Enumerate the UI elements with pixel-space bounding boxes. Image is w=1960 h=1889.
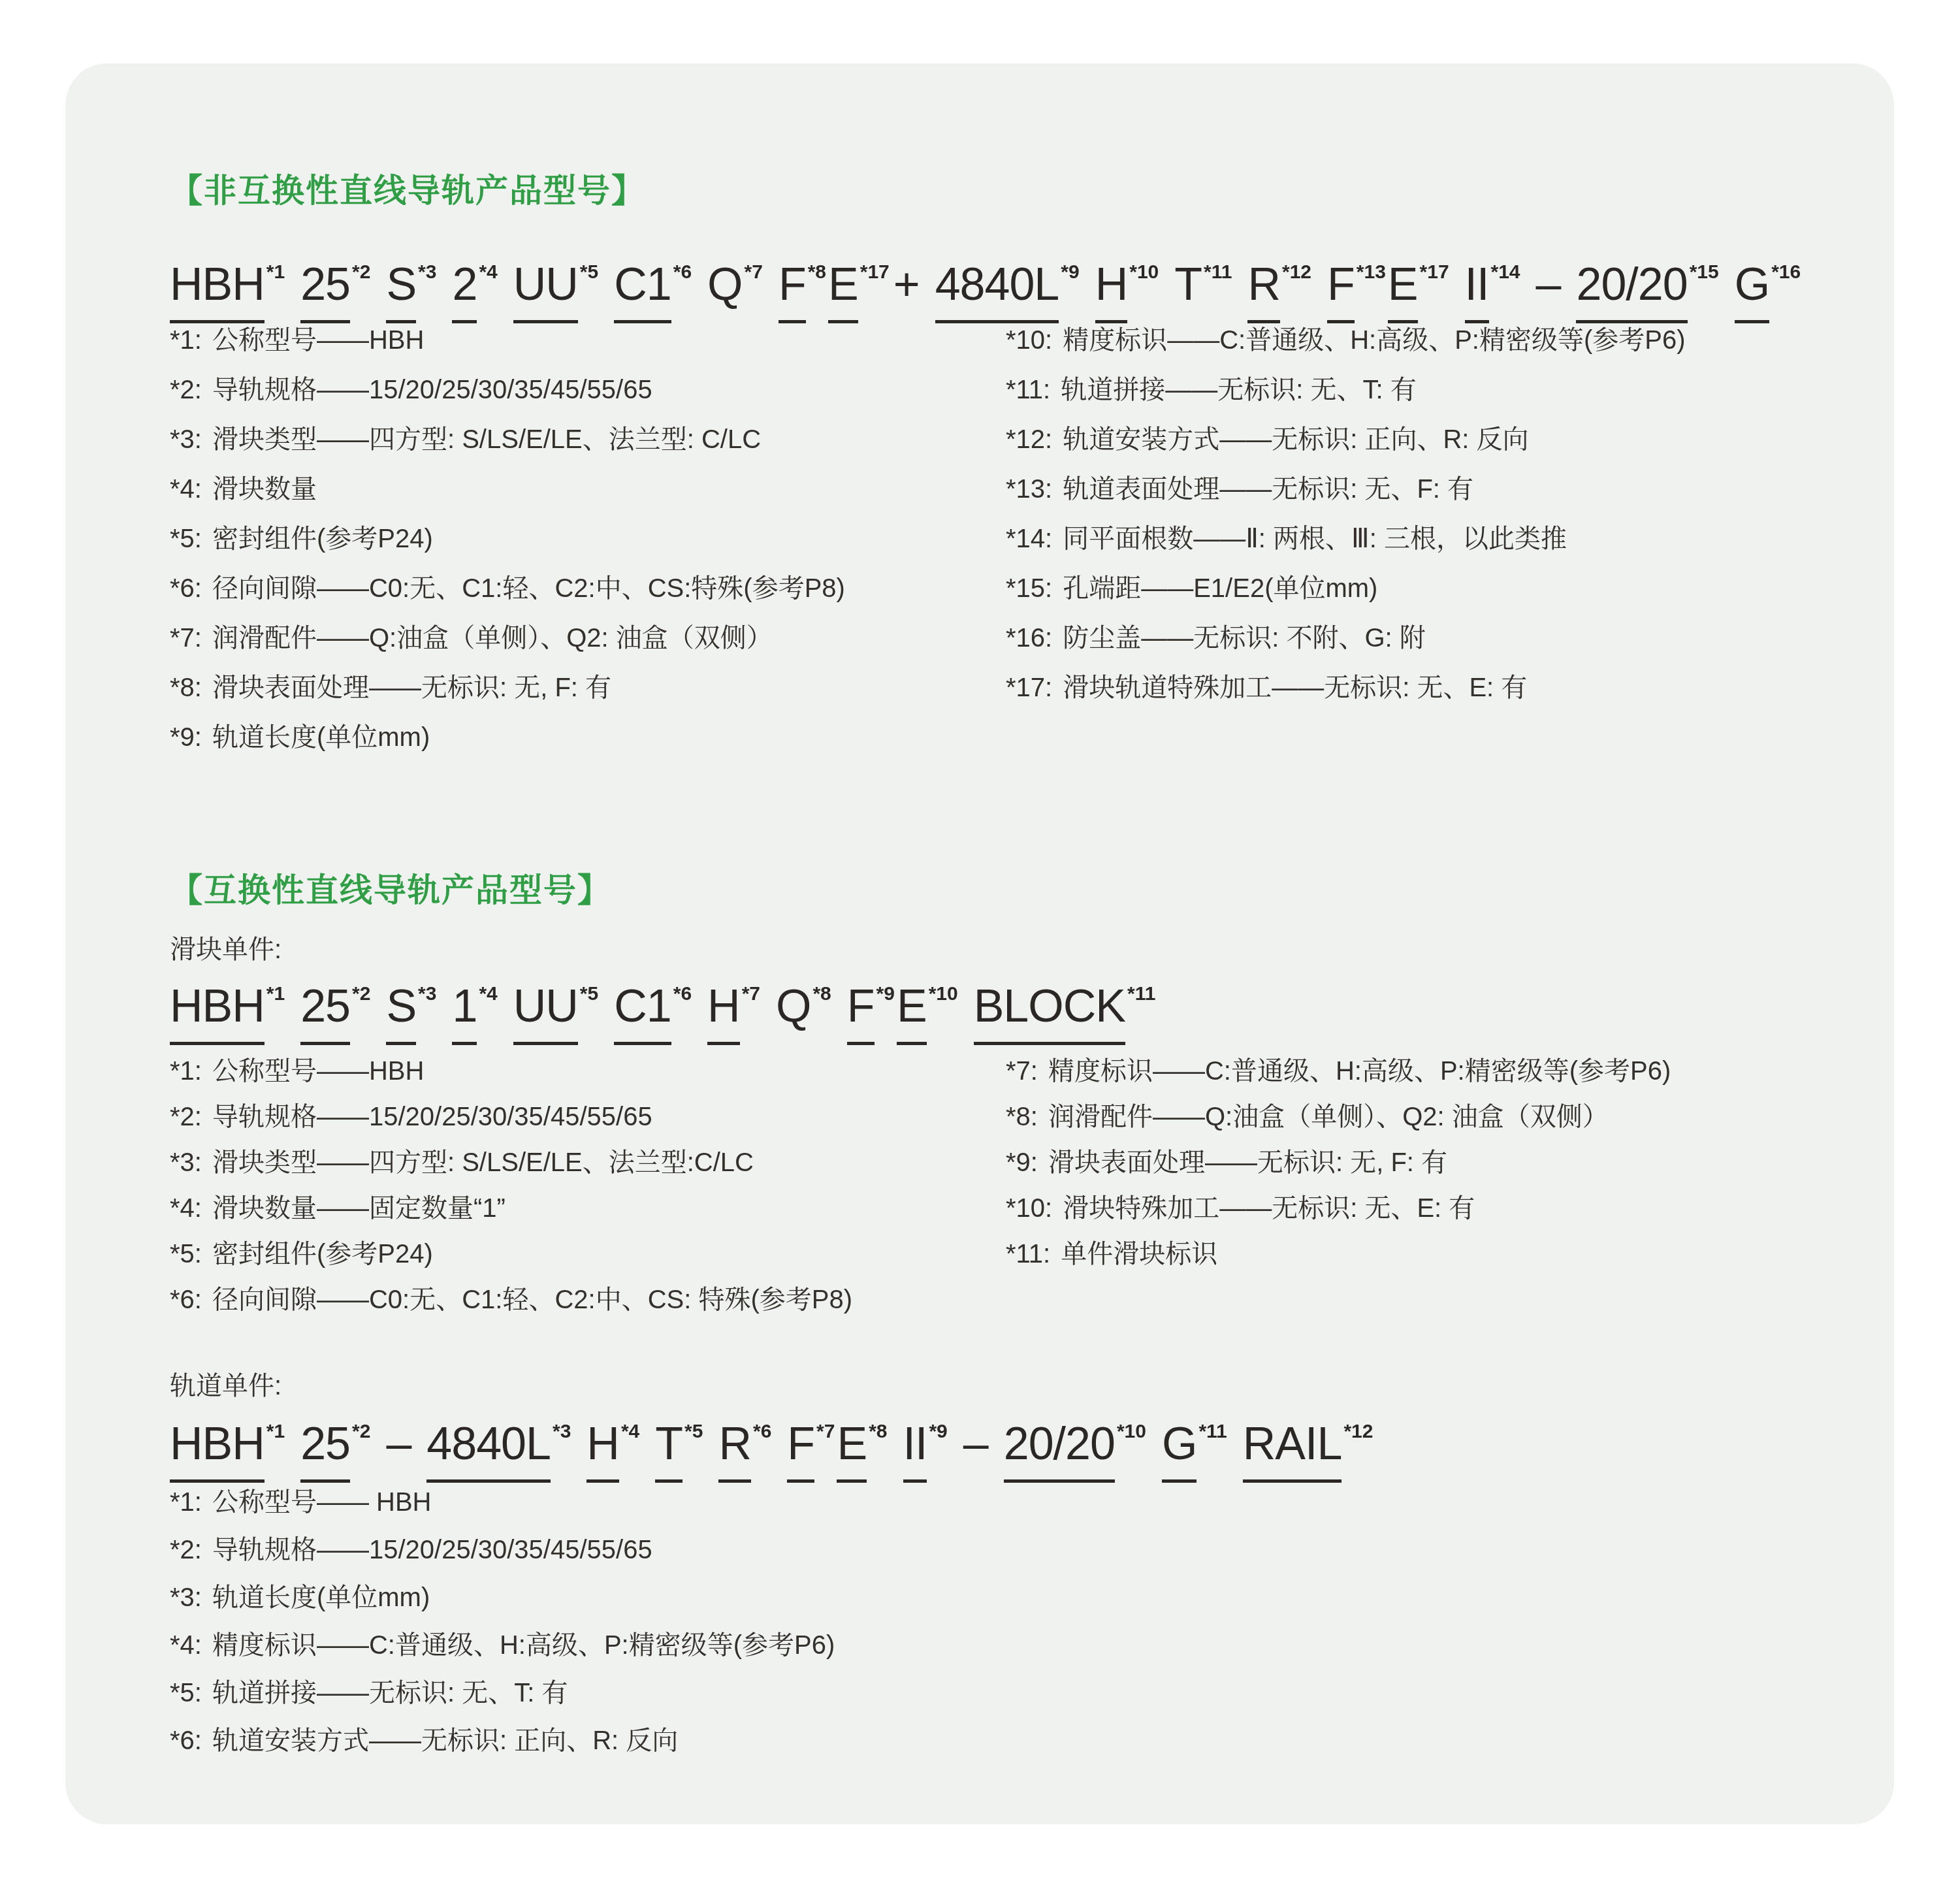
note-item: *10:精度标识——C:普通级、H:高级、P:精密级等(参考P6): [1006, 327, 1790, 354]
model-token-superscript: *1: [266, 1421, 285, 1442]
model-token-text: II: [903, 1418, 927, 1483]
model-token-text: HBH: [170, 259, 265, 323]
catalog-card: 【非互换性直线导轨产品型号】 HBH*125*2S*32*4UU*5C1*6Q*…: [65, 63, 1894, 1824]
model-token-superscript: *13: [1357, 261, 1386, 283]
note-item: *13:轨道表面处理——无标识: 无、F: 有: [1006, 476, 1790, 503]
model-token-superscript: *12: [1282, 261, 1311, 283]
note-number: *5:: [170, 1240, 202, 1268]
model-token-text: –: [1536, 259, 1561, 320]
model-token-superscript: *10: [1117, 1421, 1146, 1442]
note-item: *5:密封组件(参考P24): [170, 1240, 1006, 1268]
note-item: *5:轨道拼接——无标识: 无、T: 有: [170, 1679, 1006, 1707]
note-text: 导轨规格——15/20/25/30/35/45/55/65: [212, 376, 652, 404]
model-token-superscript: *5: [580, 983, 598, 1005]
model-token: H*4: [586, 1418, 639, 1469]
model-token-text: F: [779, 259, 806, 323]
note-item: *1:公称型号——HBH: [170, 327, 1006, 354]
section-interchangeable-title: 【互换性直线导轨产品型号】: [170, 873, 1790, 909]
note-number: *4:: [170, 1194, 202, 1223]
note-item: *15:孔端距——E1/E2(单位mm): [1006, 575, 1790, 602]
model-token-superscript: *11: [1198, 1421, 1227, 1442]
model-token: 1*4: [452, 980, 497, 1031]
model-token: F*13: [1327, 259, 1386, 310]
note-text: 密封组件(参考P24): [212, 525, 433, 553]
model-token-superscript: *11: [1127, 983, 1155, 1005]
model-token-text: Q: [707, 259, 742, 320]
note-number: *10:: [1006, 1194, 1052, 1223]
note-text: 单件滑块标识: [1061, 1240, 1217, 1268]
note-text: 滑块数量: [212, 475, 317, 504]
model-token-superscript: *3: [418, 261, 436, 283]
note-item: *8:润滑配件——Q:油盒（单侧）、Q2: 油盒（双侧）: [1006, 1103, 1790, 1131]
model-token-text: C1: [614, 980, 671, 1045]
model-token-text: BLOCK: [974, 980, 1125, 1045]
note-text: 轨道长度(单位mm): [212, 1583, 430, 1612]
note-number: *2:: [170, 376, 202, 404]
model-token: F*8: [779, 259, 826, 310]
model-token-text: F: [1327, 259, 1355, 323]
note-item: *10:滑块特殊加工——无标识: 无、E: 有: [1006, 1195, 1790, 1222]
note-number: *5:: [170, 525, 202, 553]
note-number: *2:: [170, 1536, 202, 1564]
model-token-superscript: *10: [1129, 261, 1159, 283]
model-token: UU*5: [513, 980, 598, 1031]
note-item: *5:密封组件(参考P24): [170, 525, 1006, 553]
note-item: *9:滑块表面处理——无标识: 无, F: 有: [1006, 1149, 1790, 1176]
model-token-text: 20/20: [1576, 259, 1687, 323]
model-token-text: –: [386, 1418, 411, 1479]
model-token-text: HBH: [170, 980, 265, 1045]
model-token-text: E: [1388, 259, 1418, 323]
model-token-superscript: *4: [621, 1421, 639, 1442]
note-number: *11:: [1006, 1240, 1050, 1268]
note-number: *7:: [1006, 1057, 1038, 1086]
note-number: *13:: [1006, 475, 1052, 504]
note-text: 轨道安装方式——无标识: 正向、R: 反向: [212, 1726, 678, 1755]
model-token-text: H: [707, 980, 740, 1045]
block-unit-label: 滑块单件:: [170, 936, 1790, 963]
note-number: *3:: [170, 425, 202, 454]
note-number: *1:: [170, 1057, 202, 1086]
note-number: *9:: [170, 723, 202, 752]
model-token: –: [963, 1418, 988, 1469]
model-token-text: II: [1465, 259, 1489, 323]
note-item: *8:滑块表面处理——无标识: 无, F: 有: [170, 674, 1006, 702]
model-token-text: 20/20: [1004, 1418, 1115, 1483]
notes-column-right: *7:精度标识——C:普通级、H:高级、P:精密级等(参考P6)*8:润滑配件—…: [1006, 1058, 1790, 1332]
model-token-text: E: [837, 1418, 867, 1483]
note-text: 轨道表面处理——无标识: 无、F: 有: [1063, 475, 1473, 504]
model-token-text: R: [718, 1418, 751, 1483]
note-number: *9:: [1006, 1148, 1038, 1177]
model-token-text: G: [1735, 259, 1769, 323]
model-token-superscript: *8: [812, 983, 831, 1005]
model-token: 25*2: [300, 1418, 370, 1469]
model-token: Q*7: [707, 259, 763, 310]
note-item: *6:轨道安装方式——无标识: 正向、R: 反向: [170, 1727, 1006, 1754]
note-number: *11:: [1006, 376, 1050, 404]
note-item: *1:公称型号——HBH: [170, 1058, 1006, 1085]
model-token-text: 25: [300, 980, 350, 1045]
note-text: 公称型号——HBH: [212, 1057, 424, 1086]
note-item: *16:防尘盖——无标识: 不附、G: 附: [1006, 624, 1790, 652]
model-token: E*17+: [828, 259, 920, 310]
model-token-superscript: *3: [553, 1421, 571, 1442]
note-text: 径向间隙——C0:无、C1:轻、C2:中、CS: 特殊(参考P8): [212, 1285, 852, 1314]
note-number: *10:: [1006, 326, 1052, 355]
model-token: H*10: [1095, 259, 1159, 310]
model-token-text: 25: [300, 1418, 350, 1483]
note-text: 滑块数量——固定数量“1”: [212, 1194, 506, 1223]
model-token-superscript: *2: [352, 1421, 370, 1442]
model-token-superscript: *7: [816, 1421, 835, 1442]
model-token: E*10: [897, 980, 958, 1031]
note-item: *11:单件滑块标识: [1006, 1240, 1790, 1268]
model-token: F*7: [787, 1418, 835, 1469]
note-number: *4:: [170, 1631, 202, 1660]
note-text: 孔端距——E1/E2(单位mm): [1063, 574, 1377, 603]
model-token-text: R: [1247, 259, 1280, 323]
notes-noninterchangeable: *1:公称型号——HBH*2:导轨规格——15/20/25/30/35/45/5…: [170, 327, 1790, 773]
notes-block-unit: *1:公称型号——HBH*2:导轨规格——15/20/25/30/35/45/5…: [170, 1058, 1790, 1332]
model-token-text: Q: [776, 980, 811, 1042]
rail-unit-label: 轨道单件:: [170, 1372, 1790, 1400]
notes-column-left: *1:公称型号——HBH*2:导轨规格——15/20/25/30/35/45/5…: [170, 1058, 1006, 1332]
note-text: 轨道安装方式——无标识: 正向、R: 反向: [1063, 425, 1528, 454]
note-text: 导轨规格——15/20/25/30/35/45/55/65: [212, 1103, 652, 1131]
note-text: 轨道拼接——无标识: 无、T: 有: [212, 1679, 568, 1707]
model-token-text: H: [586, 1418, 619, 1483]
note-text: 同平面根数——Ⅱ: 两根、Ⅲ: 三根，以此类推: [1063, 525, 1567, 553]
note-item: *3:轨道长度(单位mm): [170, 1584, 1006, 1611]
model-token-text: S: [386, 980, 416, 1045]
note-text: 滑块类型——四方型: S/LS/E/LE、法兰型:C/LC: [212, 1148, 754, 1177]
note-item: *6:径向间隙——C0:无、C1:轻、C2:中、CS:特殊(参考P8): [170, 575, 1006, 602]
note-text: 滑块表面处理——无标识: 无, F: 有: [212, 673, 611, 702]
model-token: HBH*1: [170, 980, 285, 1031]
section-noninterchangeable: 【非互换性直线导轨产品型号】 HBH*125*2S*32*4UU*5C1*6Q*…: [170, 173, 1790, 773]
model-token-text: H: [1095, 259, 1128, 323]
note-item: *14:同平面根数——Ⅱ: 两根、Ⅲ: 三根，以此类推: [1006, 525, 1790, 553]
note-item: *17:滑块轨道特殊加工——无标识: 无、E: 有: [1006, 674, 1790, 702]
note-item: *4:精度标识——C:普通级、H:高级、P:精密级等(参考P6): [170, 1632, 1006, 1659]
note-number: *3:: [170, 1583, 202, 1612]
model-token: BLOCK*11: [974, 980, 1156, 1031]
note-text: 导轨规格——15/20/25/30/35/45/55/65: [212, 1536, 652, 1564]
model-token: C1*6: [614, 980, 692, 1031]
model-token-superscript: *17: [860, 261, 890, 283]
model-token-text: –: [963, 1418, 988, 1479]
note-item: *12:轨道安装方式——无标识: 正向、R: 反向: [1006, 426, 1790, 453]
model-token: UU*5: [513, 259, 598, 310]
model-token: RAIL*12: [1243, 1418, 1374, 1469]
catalog-page: 【非互换性直线导轨产品型号】 HBH*125*2S*32*4UU*5C1*6Q*…: [0, 0, 1960, 1889]
note-number: *14:: [1006, 525, 1052, 553]
model-token-superscript: *1: [266, 261, 285, 283]
note-item: *2:导轨规格——15/20/25/30/35/45/55/65: [170, 1103, 1006, 1131]
note-item: *7:润滑配件——Q:油盒（单侧）、Q2: 油盒（双侧）: [170, 624, 1006, 652]
model-token-text: UU: [513, 259, 578, 323]
note-item: *2:导轨规格——15/20/25/30/35/45/55/65: [170, 376, 1006, 404]
note-number: *2:: [170, 1103, 202, 1131]
model-token: E*8: [837, 1418, 887, 1469]
note-number: *6:: [170, 574, 202, 603]
model-token-text: E: [897, 980, 927, 1045]
note-text: 精度标识——C:普通级、H:高级、P:精密级等(参考P6): [212, 1631, 835, 1660]
note-number: *6:: [170, 1726, 202, 1755]
model-token: –: [386, 1418, 411, 1469]
model-token-superscript: *6: [673, 983, 692, 1005]
note-number: *7:: [170, 624, 202, 653]
model-token-superscript: *2: [352, 261, 370, 283]
note-number: *8:: [170, 673, 202, 702]
model-token-superscript: *4: [479, 983, 497, 1005]
model-token-superscript: *6: [753, 1421, 771, 1442]
model-token: HBH*1: [170, 259, 285, 310]
note-text: 润滑配件——Q:油盒（单侧）、Q2: 油盒（双侧）: [1048, 1103, 1609, 1131]
model-token-text: HBH: [170, 1418, 265, 1483]
model-token-text: T: [655, 1418, 683, 1483]
note-text: 轨道长度(单位mm): [212, 723, 430, 752]
note-number: *17:: [1006, 673, 1052, 702]
note-item: *4:滑块数量——固定数量“1”: [170, 1195, 1006, 1222]
section-noninterchangeable-title: 【非互换性直线导轨产品型号】: [170, 173, 1790, 209]
note-item: *3:滑块类型——四方型: S/LS/E/LE、法兰型:C/LC: [170, 1149, 1006, 1176]
model-token-text: UU: [513, 980, 578, 1045]
model-token: 25*2: [300, 980, 370, 1031]
model-token-superscript: *16: [1771, 261, 1801, 283]
note-number: *3:: [170, 1148, 202, 1177]
model-token: R*6: [718, 1418, 771, 1469]
model-token-text: T: [1174, 259, 1202, 320]
model-token-text: C1: [614, 259, 671, 323]
model-token: S*3: [386, 980, 436, 1031]
model-code-rail-unit: HBH*125*2–4840L*3H*4T*5R*6F*7E*8II*9–20/…: [170, 1409, 1790, 1466]
note-text: 精度标识——C:普通级、H:高级、P:精密级等(参考P6): [1063, 326, 1685, 355]
model-token-superscript: *8: [808, 261, 826, 283]
note-item: *9:轨道长度(单位mm): [170, 724, 1006, 751]
note-text: 滑块表面处理——无标识: 无, F: 有: [1048, 1148, 1447, 1177]
note-number: *1:: [170, 1488, 202, 1517]
note-text: 滑块轨道特殊加工——无标识: 无、E: 有: [1063, 673, 1527, 702]
note-text: 公称型号——HBH: [212, 326, 424, 355]
notes-column-left: *1:公称型号——HBH*2:导轨规格——15/20/25/30/35/45/5…: [170, 327, 1006, 773]
note-text: 润滑配件——Q:油盒（单侧）、Q2: 油盒（双侧）: [212, 624, 773, 653]
note-item: *1:公称型号—— HBH: [170, 1489, 1006, 1516]
model-token: S*3: [386, 259, 436, 310]
model-token: 4840L*9: [935, 259, 1080, 310]
model-token-suffix: +: [893, 259, 920, 310]
model-token-superscript: *9: [929, 1421, 947, 1442]
note-number: *1:: [170, 326, 202, 355]
model-token: HBH*1: [170, 1418, 285, 1469]
model-token-text: E: [828, 259, 858, 323]
note-number: *16:: [1006, 624, 1052, 653]
note-text: 滑块特殊加工——无标识: 无、E: 有: [1063, 1194, 1475, 1223]
model-token: 25*2: [300, 259, 370, 310]
model-token-superscript: *9: [1061, 261, 1079, 283]
note-text: 防尘盖——无标识: 不附、G: 附: [1063, 624, 1426, 653]
model-token: 20/20*10: [1004, 1418, 1146, 1469]
model-token-text: 4840L: [935, 259, 1059, 323]
model-token: G*11: [1162, 1418, 1227, 1469]
model-token-superscript: *2: [352, 983, 370, 1005]
model-token-superscript: *7: [745, 261, 763, 283]
model-token-superscript: *6: [673, 261, 692, 283]
model-token-superscript: *11: [1204, 261, 1232, 283]
model-token-text: S: [386, 259, 416, 323]
note-item: *11:轨道拼接——无标识: 无、T: 有: [1006, 376, 1790, 404]
model-token-superscript: *5: [684, 1421, 703, 1442]
model-token: 20/20*15: [1576, 259, 1718, 310]
note-number: *8:: [1006, 1103, 1038, 1131]
note-item: *7:精度标识——C:普通级、H:高级、P:精密级等(参考P6): [1006, 1058, 1790, 1085]
model-token-superscript: *1: [266, 983, 285, 1005]
note-number: *6:: [170, 1285, 202, 1314]
model-token-text: RAIL: [1243, 1418, 1342, 1483]
model-token: G*16: [1735, 259, 1801, 310]
section-interchangeable: 【互换性直线导轨产品型号】 滑块单件: HBH*125*2S*31*4UU*5C…: [170, 873, 1790, 1775]
note-number: *15:: [1006, 574, 1052, 603]
model-token-superscript: *7: [742, 983, 760, 1005]
notes-rail-unit: *1:公称型号—— HBH*2:导轨规格——15/20/25/30/35/45/…: [170, 1489, 1790, 1775]
model-token: II*14: [1465, 259, 1520, 310]
note-item: *6:径向间隙——C0:无、C1:轻、C2:中、CS: 特殊(参考P8): [170, 1286, 1006, 1314]
model-token: R*12: [1247, 259, 1311, 310]
note-text: 精度标识——C:普通级、H:高级、P:精密级等(参考P6): [1048, 1057, 1671, 1086]
notes-column-left: *1:公称型号—— HBH*2:导轨规格——15/20/25/30/35/45/…: [170, 1489, 1006, 1775]
notes-column-right: *10:精度标识——C:普通级、H:高级、P:精密级等(参考P6)*11:轨道拼…: [1006, 327, 1790, 773]
model-token: H*7: [707, 980, 760, 1031]
model-token: C1*6: [614, 259, 692, 310]
note-item: *4:滑块数量: [170, 476, 1006, 503]
model-token-superscript: *12: [1343, 1421, 1373, 1442]
note-number: *12:: [1006, 425, 1052, 454]
model-token: –: [1536, 259, 1561, 310]
model-token-superscript: *5: [580, 261, 598, 283]
model-token-superscript: *17: [1420, 261, 1449, 283]
model-token-superscript: *3: [418, 983, 436, 1005]
note-text: 密封组件(参考P24): [212, 1240, 433, 1268]
model-token-text: 4840L: [426, 1418, 551, 1483]
model-token: E*17: [1388, 259, 1449, 310]
model-token: 4840L*3: [426, 1418, 571, 1469]
model-token-superscript: *14: [1491, 261, 1520, 283]
note-text: 径向间隙——C0:无、C1:轻、C2:中、CS:特殊(参考P8): [212, 574, 845, 603]
model-token-text: F: [847, 980, 875, 1045]
model-token: T*11: [1174, 259, 1232, 310]
model-token: T*5: [655, 1418, 703, 1469]
note-number: *4:: [170, 475, 202, 504]
model-token: II*9: [903, 1418, 948, 1469]
model-token-superscript: *10: [929, 983, 958, 1005]
note-item: *3:滑块类型——四方型: S/LS/E/LE、法兰型: C/LC: [170, 426, 1006, 453]
note-text: 滑块类型——四方型: S/LS/E/LE、法兰型: C/LC: [212, 425, 761, 454]
model-token-text: G: [1162, 1418, 1197, 1483]
model-token-superscript: *4: [479, 261, 497, 283]
model-code-block-unit: HBH*125*2S*31*4UU*5C1*6H*7Q*8F*9E*10BLOC…: [170, 971, 1790, 1029]
model-token-text: 25: [300, 259, 350, 323]
model-code-noninterchangeable: HBH*125*2S*32*4UU*5C1*6Q*7F*8E*17+4840L*…: [170, 250, 1790, 307]
model-token-superscript: *15: [1690, 261, 1719, 283]
model-token-superscript: *9: [876, 983, 895, 1005]
model-token: 2*4: [452, 259, 497, 310]
note-number: *5:: [170, 1679, 202, 1707]
note-item: *2:导轨规格——15/20/25/30/35/45/55/65: [170, 1536, 1006, 1564]
model-token-text: 1: [452, 980, 477, 1045]
note-text: 轨道拼接——无标识: 无、T: 有: [1061, 376, 1416, 404]
model-token-superscript: *8: [869, 1421, 887, 1442]
note-text: 公称型号—— HBH: [212, 1488, 432, 1517]
model-token-text: 2: [452, 259, 477, 323]
model-token: F*9: [847, 980, 895, 1031]
model-token: Q*8: [776, 980, 831, 1031]
model-token-text: F: [787, 1418, 814, 1483]
